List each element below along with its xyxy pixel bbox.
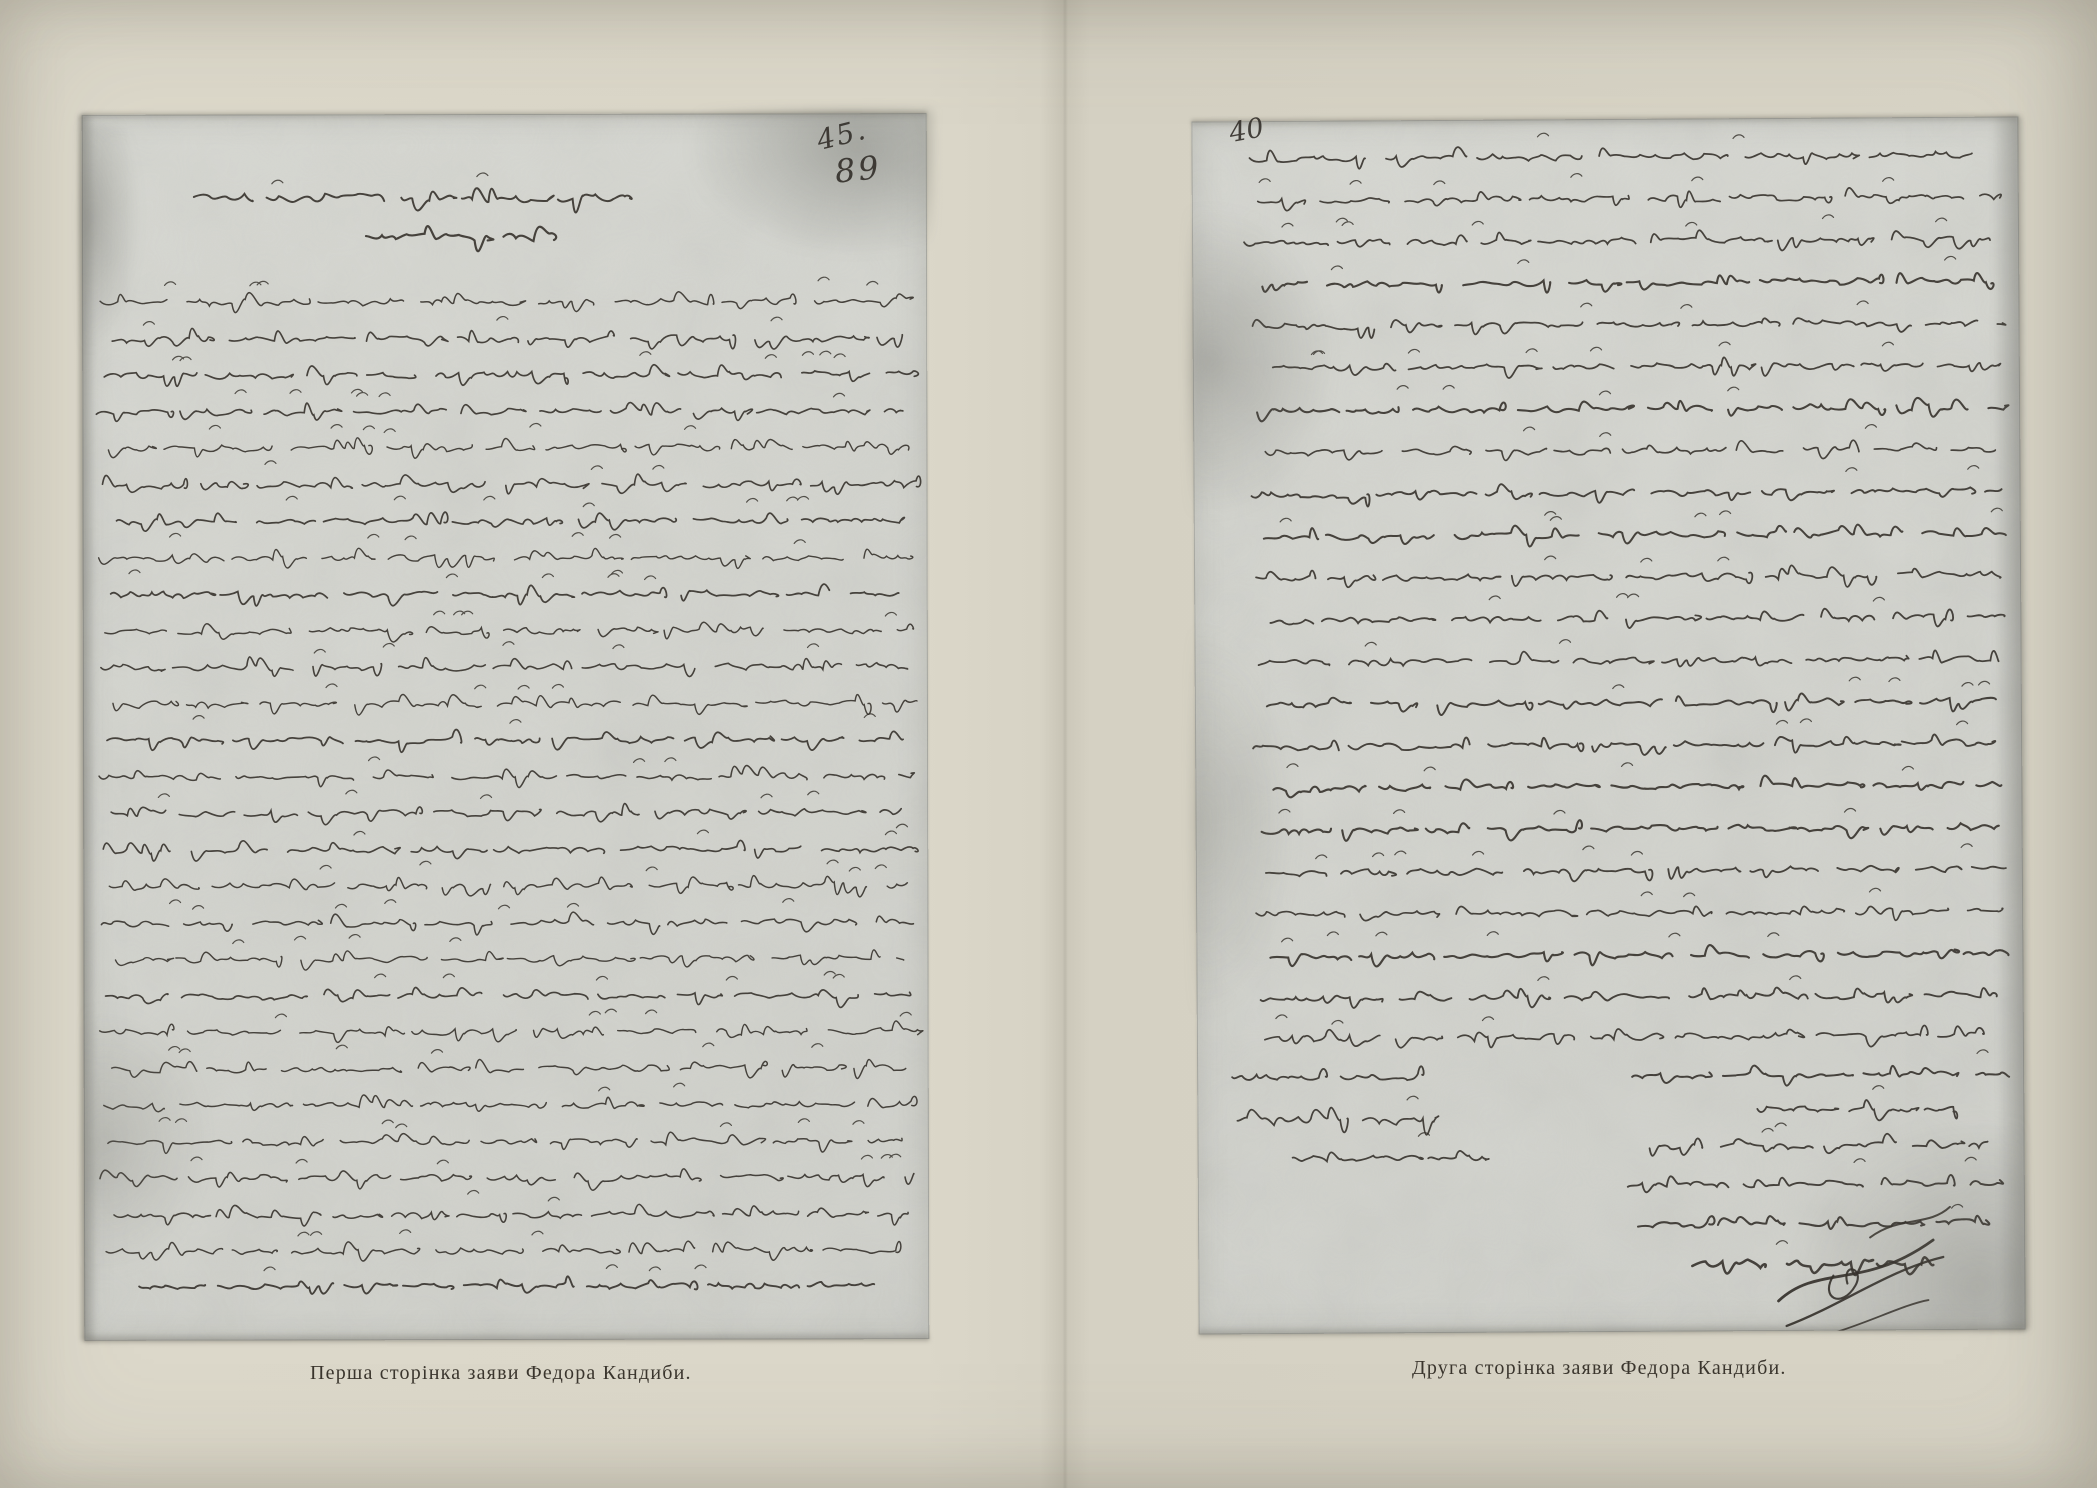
figure-left-manuscript-photo: 45. 89	[82, 113, 930, 1341]
handwritten-page-number: 40	[1227, 114, 1266, 147]
book-spread-page: 45. 89 40 Перша сторінка заяви Федора Ка…	[0, 0, 2097, 1488]
figure-right-manuscript-photo: 40	[1191, 116, 2025, 1334]
handwriting-left-page	[82, 113, 930, 1341]
photo-grain	[1191, 116, 2025, 1334]
photo-grain	[82, 113, 930, 1341]
book-gutter-shadow	[1040, 0, 1090, 1488]
caption-right-plate: Друга сторінка заяви Федора Кандиби.	[1412, 1357, 1787, 1380]
handwriting-right-page	[1191, 116, 2025, 1334]
caption-left-plate: Перша сторінка заяви Федора Кандиби.	[310, 1362, 692, 1385]
handwritten-folio-number: 89	[833, 151, 883, 188]
